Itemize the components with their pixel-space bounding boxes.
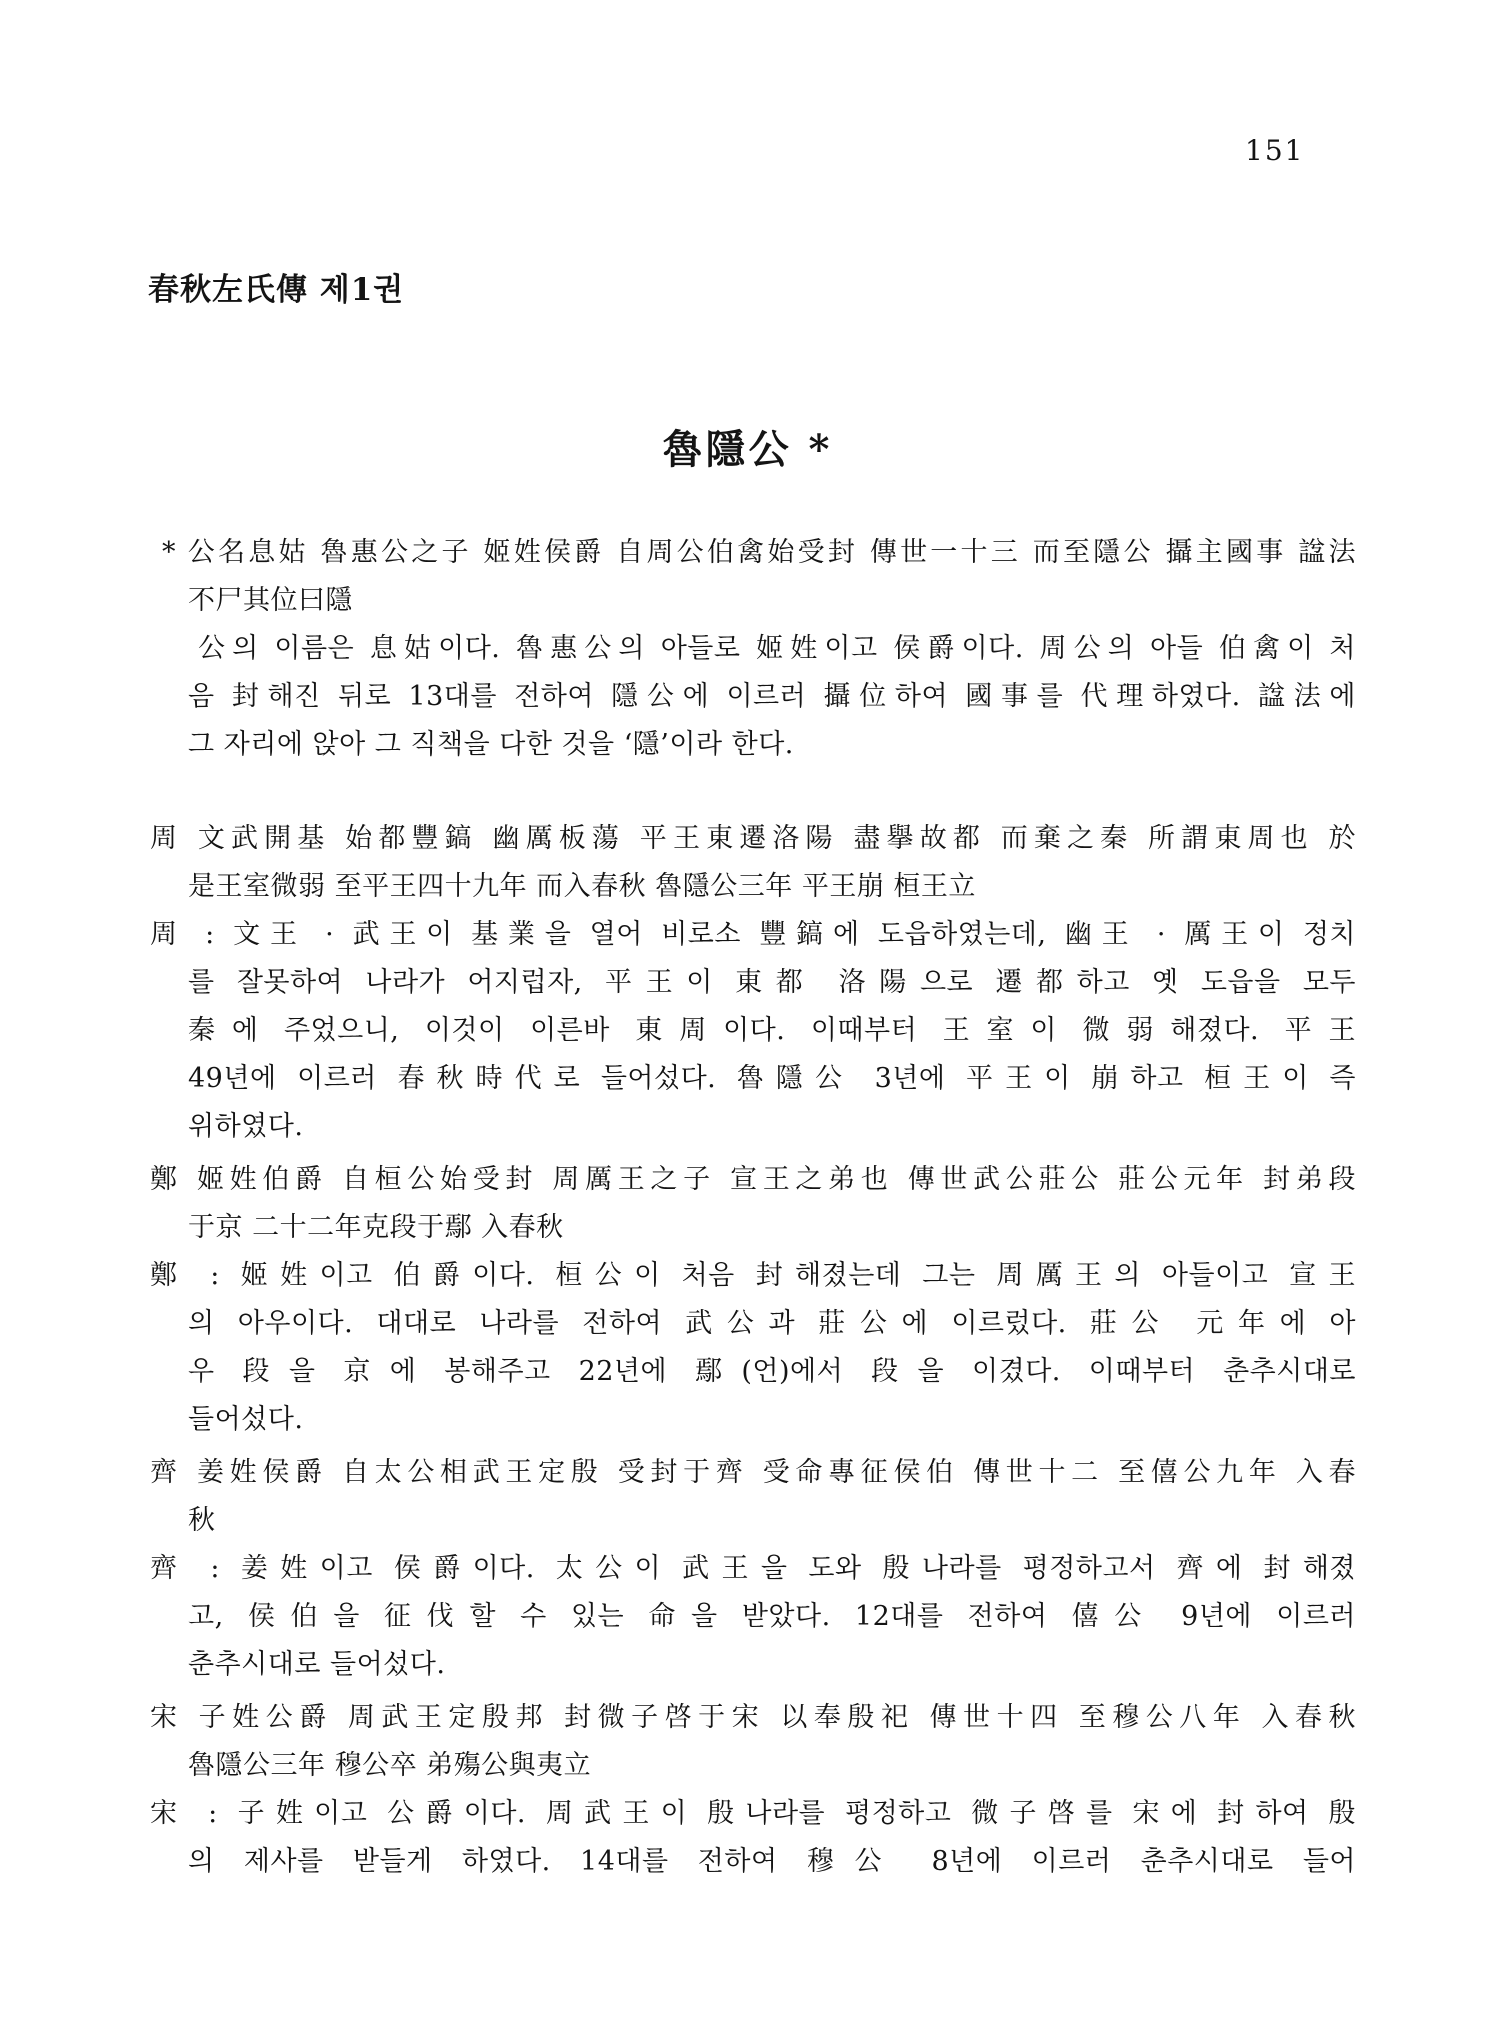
korean-line: 秦에 주었으니, 이것이 이른바 東周이다. 이때부터 王室이 微弱해졌다. 平… (150, 1007, 1356, 1055)
korean-line: 고, 侯伯을 征伐할 수 있는 命을 받았다. 12대를 전하여 僖公 9년에 … (150, 1593, 1356, 1641)
korean-line: 宋 : 子姓이고 公爵이다. 周武王이 殷나라를 평정하고 微子啓를 宋에 封하… (150, 1790, 1356, 1838)
hanmun-line: 鄭 姬姓伯爵 自桓公始受封 周厲王之子 宣王之弟也 傳世武公莊公 莊公元年 封弟… (150, 1156, 1356, 1204)
book-volume-title: 春秋左氏傳 제1권 (148, 264, 404, 309)
section-jeong: 鄭 姬姓伯爵 自桓公始受封 周厲王之子 宣王之弟也 傳世武公莊公 莊公元年 封弟… (150, 1156, 1356, 1444)
korean-line: 齊 : 姜姓이고 侯爵이다. 太公이 武王을 도와 殷나라를 평정하고서 齊에 … (150, 1545, 1356, 1593)
korean-line: 周 : 文王 · 武王이 基業을 열어 비로소 豐鎬에 도읍하였는데, 幽王 ·… (150, 911, 1356, 959)
hanmun-line: 齊 姜姓侯爵 自太公相武王定殷 受封于齊 受命專征侯伯 傳世十二 至僖公九年 入… (150, 1449, 1356, 1497)
korean-line: 위하였다. (150, 1103, 1356, 1151)
hanmun-line: 宋 子姓公爵 周武王定殷邦 封微子啓于宋 以奉殷祀 傳世十四 至穆公八年 入春秋 (150, 1694, 1356, 1742)
hanmun-line: 秋 (150, 1497, 1356, 1545)
korean-line: 의 제사를 받들게 하였다. 14대를 전하여 穆公 8년에 이르러 춘추시대로… (150, 1838, 1356, 1886)
korean-line: 49년에 이르러 春秋時代로 들어섰다. 魯隱公 3년에 平王이 崩하고 桓王이… (150, 1055, 1356, 1103)
section-song: 宋 子姓公爵 周武王定殷邦 封微子啓于宋 以奉殷祀 傳世十四 至穆公八年 入春秋… (150, 1694, 1356, 1886)
hanmun-line: 魯隱公三年 穆公卒 弟殤公與夷立 (150, 1742, 1356, 1790)
footnote-block: * 公名息姑 魯惠公之子 姬姓侯爵 自周公伯禽始受封 傳世一十三 而至隱公 攝主… (150, 529, 1356, 769)
hanmun-line: 周 文武開基 始都豐鎬 幽厲板蕩 平王東遷洛陽 盡擧故都 而棄之秦 所謂東周也 … (150, 815, 1356, 863)
korean-line: 우 段을 京에 봉해주고 22년에 鄢(언)에서 段을 이겼다. 이때부터 춘추… (150, 1348, 1356, 1396)
hanmun-line: 是王室微弱 至平王四十九年 而入春秋 魯隱公三年 平王崩 桓王立 (150, 863, 1356, 911)
korean-line: 들어섰다. (150, 1396, 1356, 1444)
hanmun-line: 于京 二十二年克段于鄢 入春秋 (150, 1204, 1356, 1252)
footnote-line: 公의 이름은 息姑이다. 魯惠公의 아들로 姬姓이고 侯爵이다. 周公의 아들 … (150, 625, 1356, 673)
korean-line: 의 아우이다. 대대로 나라를 전하여 武公과 莊公에 이르렀다. 莊公 元年에… (150, 1300, 1356, 1348)
section-zhou: 周 文武開基 始都豐鎬 幽厲板蕩 平王東遷洛陽 盡擧故都 而棄之秦 所謂東周也 … (150, 815, 1356, 1151)
chapter-title: 魯隱公 * (0, 418, 1495, 475)
footnote-line: 不尸其位曰隱 (150, 577, 1356, 625)
page-body: * 公名息姑 魯惠公之子 姬姓侯爵 自周公伯禽始受封 傳世一十三 而至隱公 攝主… (150, 529, 1356, 1886)
korean-line: 춘추시대로 들어섰다. (150, 1641, 1356, 1689)
scanned-book-page: 151 春秋左氏傳 제1권 魯隱公 * * 公名息姑 魯惠公之子 姬姓侯爵 自周… (0, 0, 1495, 2023)
korean-line: 鄭 : 姬姓이고 伯爵이다. 桓公이 처음 封해졌는데 그는 周厲王의 아들이고… (150, 1252, 1356, 1300)
korean-line: 를 잘못하여 나라가 어지럽자, 平王이 東都 洛陽으로 遷都하고 옛 도읍을 … (150, 959, 1356, 1007)
footnote-line: 그 자리에 앉아 그 직책을 다한 것을 ‘隱’이라 한다. (150, 721, 1356, 769)
footnote-line: 음 封해진 뒤로 13대를 전하여 隱公에 이르러 攝位하여 國事를 代理하였다… (150, 673, 1356, 721)
section-je: 齊 姜姓侯爵 自太公相武王定殷 受封于齊 受命專征侯伯 傳世十二 至僖公九年 入… (150, 1449, 1356, 1689)
page-number: 151 (1245, 134, 1304, 167)
footnote-line: * 公名息姑 魯惠公之子 姬姓侯爵 自周公伯禽始受封 傳世一十三 而至隱公 攝主… (150, 529, 1356, 577)
